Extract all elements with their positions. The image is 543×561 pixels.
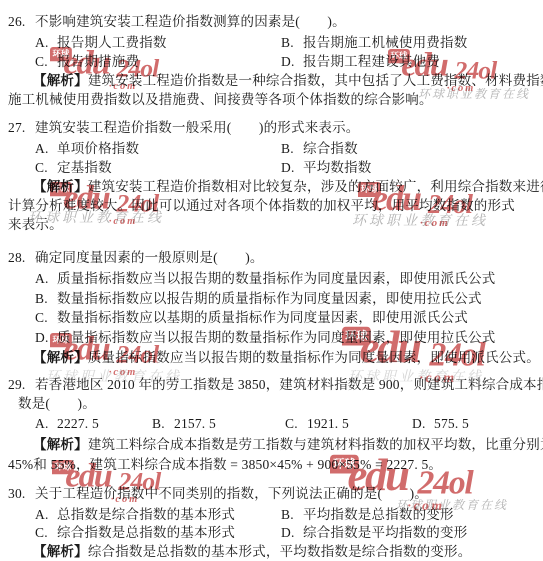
exam-page: 26.不影响建筑安装工程造价指数测算的因素是( )。 A.报告期人工费指数 B.… [0, 0, 543, 561]
analysis-line: 【解析】综合指数是总指数的基本形式，平均数指数是综合指数的变形。 [8, 542, 541, 561]
option-text: 报告期施工机械使用费指数 [303, 35, 467, 50]
question-stem: 28.确定同度量因素的一般原则是( )。 [8, 246, 541, 269]
analysis-tag: 【解析】 [33, 73, 88, 88]
question-stem-text: 不影响建筑安装工程造价指数测算的因素是( )。 [35, 14, 346, 29]
option-text: 定基指数 [57, 160, 112, 175]
analysis-tag: 【解析】 [33, 350, 88, 365]
question-number: 26. [8, 10, 35, 33]
analysis-text: 综合指数是总指数的基本形式，平均数指数是综合指数的变形。 [88, 544, 472, 559]
option-text: 平均指数是总指数的变形 [303, 507, 454, 522]
option-d: D.质量指标指数应当以报告期的数量指标作为同度量因素，即使用拉氏公式 [8, 328, 541, 348]
question-number: 30. [8, 483, 35, 505]
option-text: 综合指数是总指数的基本形式 [57, 525, 235, 540]
question-30: 30.关于工程造价指数中不同类别的指数，下列说法正确的是( )。 A.总指数是综… [8, 483, 541, 561]
question-stem-text: 建筑安装工程造价指数一般采用( )的形式来表示。 [35, 120, 360, 135]
question-stem-text: 关于工程造价指数中不同类别的指数，下列说法正确的是( )。 [35, 486, 428, 501]
option-b: B.数量指标指数应以报告期的质量指标作为同度量因素，即使用拉氏公式 [8, 289, 541, 309]
question-stem-continuation: 数是( )。 [8, 395, 541, 413]
option-text: 总指数是综合指数的基本形式 [57, 507, 235, 522]
option-text: 报告期人工费指数 [57, 35, 167, 50]
analysis-line: 【解析】建筑安装工程造价指数是一种综合指数，其中包括了人工费指数、材料费指数、 [8, 71, 541, 90]
options-row: C.综合指数是总指数的基本形式 D.综合指数是平均指数的变形 [8, 524, 541, 542]
question-stem: 26.不影响建筑安装工程造价指数测算的因素是( )。 [8, 10, 541, 33]
options-row: A.单项价格指数 B.综合指数 [8, 139, 541, 158]
options-row: C.定基指数 D.平均数指数 [8, 158, 541, 177]
question-number: 27. [8, 116, 35, 139]
option-d: D.平均数指数 [281, 158, 372, 177]
question-stem-text: 确定同度量因素的一般原则是( )。 [35, 250, 264, 265]
option-text: 质量指标指数应当以报告期的数量指标作为同度量因素，即使用拉氏公式 [57, 330, 495, 345]
options-row: A.总指数是综合指数的基本形式 B.平均指数是总指数的变形 [8, 505, 541, 524]
analysis-text: 质量指标指数应当以报告期的数量指标作为同度量因素，即使用派氏公式。 [88, 350, 540, 365]
analysis-text: 建筑安装工程造价指数是一种综合指数，其中包括了人工费指数、材料费指数、 [88, 73, 543, 88]
analysis-line: 施工机械使用费指数以及措施费、间接费等各项个体指数的综合影响。 [8, 90, 541, 109]
option-b: B.平均指数是总指数的变形 [281, 505, 454, 524]
option-label: C. [35, 308, 57, 328]
option-label: D. [281, 158, 303, 177]
option-label: C. [35, 524, 57, 542]
option-label: A. [35, 139, 57, 158]
option-b: B.综合指数 [281, 139, 358, 158]
analysis-line: 计算分析难度较大。因此可以通过对各项个体指数的加权平均，用平均数指数的形式 [8, 196, 541, 215]
option-label: C. [35, 52, 57, 71]
option-text: 单项价格指数 [57, 141, 139, 156]
option-text: 报告期措施费 [57, 54, 139, 69]
analysis-tag: 【解析】 [33, 437, 88, 452]
analysis-line: 来表示。 [8, 215, 541, 234]
analysis-line: 【解析】建筑工料综合成本指数是劳工指数与建筑材料指数的加权平均数，比重分别为 [8, 435, 541, 455]
option-text: 综合指数 [303, 141, 358, 156]
option-a: A.单项价格指数 [35, 141, 139, 156]
option-b: B.报告期施工机械使用费指数 [281, 33, 467, 52]
option-label: B. [281, 33, 303, 52]
option-label: B. [281, 139, 303, 158]
option-text: 数量指标指数应以基期的质量指标作为同度量因素，即使用派氏公式 [57, 310, 468, 325]
option-label: A. [35, 269, 57, 289]
option-text: 1921. 5 [307, 416, 349, 431]
option-text: 2157. 5 [174, 416, 216, 431]
options-row: A.2227. 5 B.2157. 5 C.1921. 5 D.575. 5 [8, 413, 541, 435]
analysis-line: 45%和 55%，建筑工料综合成本指数 = 3850×45% + 900×55%… [8, 455, 541, 475]
option-label: A. [35, 505, 57, 524]
option-d: D.575. 5 [412, 413, 469, 435]
analysis-tag: 【解析】 [33, 544, 88, 559]
option-c: C.定基指数 [35, 160, 112, 175]
analysis-tag: 【解析】 [33, 179, 88, 194]
option-a: A.2227. 5 [35, 413, 99, 435]
option-label: D. [281, 52, 303, 71]
analysis-text: 建筑工料综合成本指数是劳工指数与建筑材料指数的加权平均数，比重分别为 [88, 437, 543, 452]
question-stem-text: 若香港地区 2010 年的劳工指数是 3850，建筑材料指数是 900，则建筑工… [35, 377, 543, 392]
option-d: D.报告期工程建设其他费 [281, 52, 440, 71]
question-29: 29.若香港地区 2010 年的劳工指数是 3850，建筑材料指数是 900，则… [8, 375, 541, 475]
question-28: 28.确定同度量因素的一般原则是( )。 A.质量指标指数应当以报告期的数量指标… [8, 246, 541, 367]
option-label: B. [35, 289, 57, 309]
question-stem: 27.建筑安装工程造价指数一般采用( )的形式来表示。 [8, 116, 541, 139]
option-text: 报告期工程建设其他费 [303, 54, 440, 69]
option-text: 2227. 5 [57, 416, 99, 431]
option-b: B.2157. 5 [152, 413, 216, 435]
option-label: C. [285, 413, 307, 435]
option-c: C.综合指数是总指数的基本形式 [35, 525, 235, 540]
option-label: D. [35, 328, 57, 348]
question-stem: 29.若香港地区 2010 年的劳工指数是 3850，建筑材料指数是 900，则… [8, 375, 541, 395]
option-label: B. [281, 505, 303, 524]
option-a: A.总指数是综合指数的基本形式 [35, 507, 235, 522]
options-row: C.报告期措施费 D.报告期工程建设其他费 [8, 52, 541, 71]
option-d: D.综合指数是平均指数的变形 [281, 524, 467, 542]
analysis-line: 【解析】建筑安装工程造价指数相对比较复杂，涉及的方面较广，利用综合指数来进行 [8, 177, 541, 196]
question-number: 28. [8, 246, 35, 269]
option-a: A.报告期人工费指数 [35, 35, 167, 50]
option-text: 数量指标指数应以报告期的质量指标作为同度量因素，即使用拉氏公式 [57, 291, 482, 306]
option-label: D. [412, 413, 434, 435]
analysis-text: 建筑安装工程造价指数相对比较复杂，涉及的方面较广，利用综合指数来进行 [88, 179, 543, 194]
option-label: A. [35, 33, 57, 52]
option-label: C. [35, 158, 57, 177]
option-text: 质量指标指数应当以报告期的数量指标作为同度量因素，即使用派氏公式 [57, 271, 495, 286]
option-label: D. [281, 524, 303, 542]
option-text: 综合指数是平均指数的变形 [303, 525, 467, 540]
question-stem: 30.关于工程造价指数中不同类别的指数，下列说法正确的是( )。 [8, 483, 541, 505]
option-label: A. [35, 413, 57, 435]
option-a: A.质量指标指数应当以报告期的数量指标作为同度量因素，即使用派氏公式 [8, 269, 541, 289]
option-c: C.报告期措施费 [35, 54, 139, 69]
question-number: 29. [8, 375, 35, 395]
option-c: C.数量指标指数应以基期的质量指标作为同度量因素，即使用派氏公式 [8, 308, 541, 328]
option-text: 平均数指数 [303, 160, 372, 175]
question-26: 26.不影响建筑安装工程造价指数测算的因素是( )。 A.报告期人工费指数 B.… [8, 10, 541, 109]
analysis-line: 【解析】质量指标指数应当以报告期的数量指标作为同度量因素，即使用派氏公式。 [8, 348, 541, 367]
option-c: C.1921. 5 [285, 413, 349, 435]
option-label: B. [152, 413, 174, 435]
question-27: 27.建筑安装工程造价指数一般采用( )的形式来表示。 A.单项价格指数 B.综… [8, 116, 541, 234]
options-row: A.报告期人工费指数 B.报告期施工机械使用费指数 [8, 33, 541, 52]
option-text: 575. 5 [434, 416, 469, 431]
